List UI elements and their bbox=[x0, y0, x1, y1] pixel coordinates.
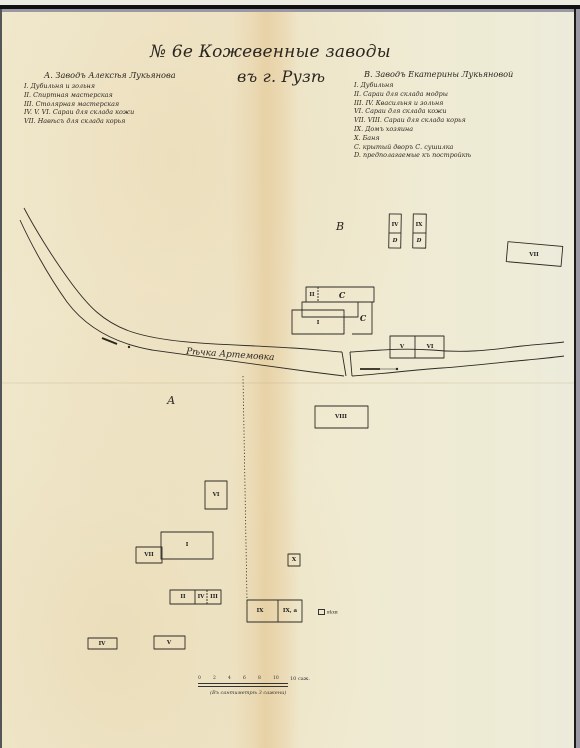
boat-icon-right bbox=[360, 368, 398, 370]
river-bank-upper bbox=[24, 208, 342, 352]
frame-right-border bbox=[574, 9, 580, 748]
legend-b-item: I. Дубильня bbox=[354, 81, 513, 90]
legend-b-heading: В. Заводъ Екатерины Лукьяновой bbox=[364, 69, 513, 79]
building-b-iv-d-label: D bbox=[393, 238, 398, 244]
legend-a-item: III. Столярная мастерская bbox=[24, 100, 176, 109]
building-b-c2-label: C bbox=[360, 313, 366, 323]
scale-tick: 6 bbox=[243, 676, 246, 681]
building-b-vii-label: VII bbox=[529, 252, 538, 258]
building-a-v-label: V bbox=[167, 640, 171, 646]
river-right-bank-lower bbox=[352, 356, 564, 376]
scale-tick: 2 bbox=[213, 676, 216, 681]
small-legend: вѣхи bbox=[318, 609, 338, 616]
building-a-iv-label: IV bbox=[99, 641, 106, 647]
legend-square-icon bbox=[318, 609, 325, 615]
legend-b-item: II. Сараи для склада модры bbox=[354, 90, 513, 99]
legend-factory-b: В. Заводъ Екатерины Лукьяновой I. Дубиль… bbox=[354, 69, 513, 160]
zone-label-b: В bbox=[336, 220, 344, 233]
legend-b-item: D. предполагаемые къ постройкѣ bbox=[354, 151, 513, 160]
legend-a-item: VII. Навѣсъ для склада корья bbox=[24, 117, 176, 126]
legend-b-item: VII. VIII. Сараи для склада корья bbox=[354, 116, 513, 125]
building-b-ix-d-label: D bbox=[417, 238, 422, 244]
building-a-iv-small-label: IV bbox=[198, 594, 205, 600]
legend-a-item: I. Дубильня и зольня bbox=[24, 82, 176, 91]
legend-b-item: III. IV. Квасильня и зольня bbox=[354, 99, 513, 108]
legend-b-item: C. крытый дворъ С. сушилка bbox=[354, 143, 513, 152]
scale-tick: 4 bbox=[228, 676, 231, 681]
legend-a-heading: А. Заводъ Алексѣя Лукьянова bbox=[44, 70, 176, 80]
building-a-iii-label: III bbox=[210, 594, 218, 600]
building-a-ix-a-label: IX, а bbox=[283, 608, 297, 614]
legend-b-item: VI. Сараи для склада кожи bbox=[354, 107, 513, 116]
building-a-vi-label: VI bbox=[213, 492, 220, 498]
river-bank-lower bbox=[20, 220, 344, 376]
river-right-bank-upper bbox=[350, 342, 564, 352]
river-end-left-segment bbox=[342, 352, 346, 376]
building-b-c-label: C bbox=[339, 290, 345, 300]
legend-factory-a: А. Заводъ Алексѣя Лукьянова I. Дубильня … bbox=[24, 70, 176, 126]
building-a-x-label: X bbox=[292, 557, 296, 563]
building-a-ix-label: IX bbox=[257, 608, 264, 614]
scale-tick: 0 bbox=[198, 676, 201, 681]
zone-label-a: А bbox=[167, 394, 175, 407]
building-b-vi-label: VI bbox=[427, 344, 434, 350]
building-b-v-label: V bbox=[400, 344, 404, 350]
legend-a-item: IV. V. VI. Сараи для склада кожи bbox=[24, 108, 176, 117]
map-title-line2: въ г. Рузѣ bbox=[237, 67, 325, 86]
building-b-ix-label: IX bbox=[416, 222, 423, 228]
legend-a-item: II. Спиртная мастерская bbox=[24, 91, 176, 100]
scale-unit: 10 саж. bbox=[290, 676, 310, 682]
small-legend-text: вѣхи bbox=[327, 611, 338, 616]
building-a-vii-label: VII bbox=[144, 552, 153, 558]
scale-tick: 8 bbox=[258, 676, 261, 681]
legend-b-item: IX. Домъ хозяина bbox=[354, 125, 513, 134]
river-right-start bbox=[350, 352, 352, 376]
map-title-line1: № 6е Кожевенные заводы bbox=[150, 42, 391, 62]
scale-caption: (Въ сантиметрѣ 3 сажени) bbox=[210, 690, 286, 696]
scale-tick: 10 bbox=[273, 676, 279, 681]
building-b-ii-label: II bbox=[309, 292, 314, 298]
building-viii-label: VIII bbox=[335, 414, 347, 420]
building-a-ii-label: II bbox=[180, 594, 185, 600]
building-b-iv-label: IV bbox=[392, 222, 399, 228]
building-b-i-label: I bbox=[317, 320, 320, 326]
map-sheet: № 6е Кожевенные заводы въ г. Рузѣ А. Зав… bbox=[2, 12, 574, 748]
scale-line bbox=[198, 683, 288, 687]
legend-b-item: X. Баня bbox=[354, 134, 513, 143]
building-a-i-label: I bbox=[186, 542, 189, 548]
